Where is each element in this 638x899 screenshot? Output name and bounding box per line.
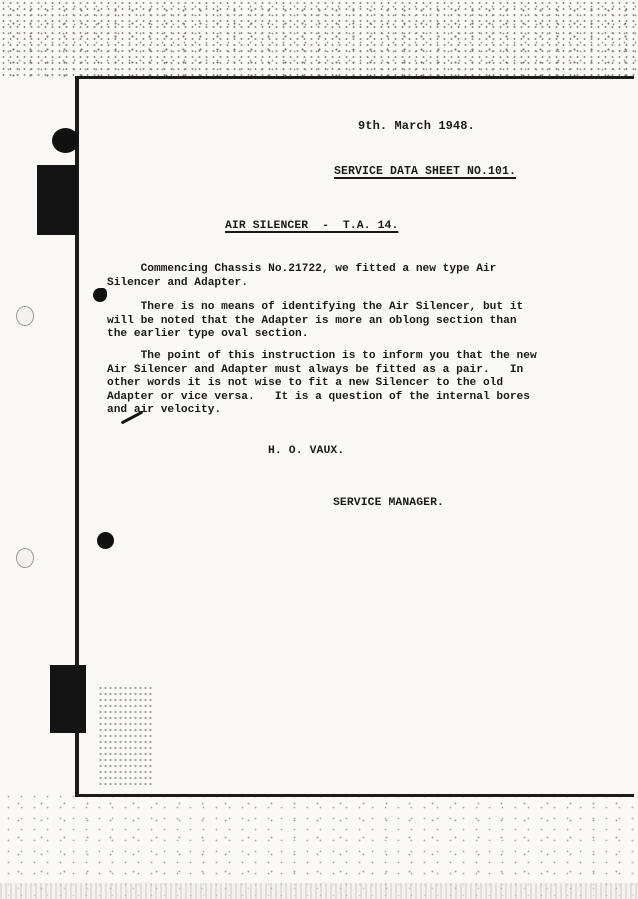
binder-tab-top xyxy=(37,165,78,235)
punch-hole-icon xyxy=(16,306,34,326)
paragraph-3: The point of this instruction is to info… xyxy=(107,350,547,418)
binder-mark-icon xyxy=(52,128,79,153)
service-data-sheet-number: SERVICE DATA SHEET NO.101. xyxy=(334,165,516,179)
ink-blot-icon xyxy=(93,288,107,302)
paragraph-line: Commencing Chassis No.21722, we fitted a… xyxy=(107,263,547,277)
scan-noise-top xyxy=(0,0,638,78)
page-border xyxy=(75,76,634,797)
paragraph-line: Adapter or vice versa. It is a question … xyxy=(107,391,547,405)
scan-edge-band xyxy=(0,883,638,899)
signature-name: H. O. VAUX. xyxy=(268,445,344,459)
paragraph-line: There is no means of identifying the Air… xyxy=(107,301,547,315)
signatory-title: SERVICE MANAGER. xyxy=(333,497,444,511)
paragraph-line: Silencer and Adapter. xyxy=(107,277,547,291)
paragraph-line: and air velocity. xyxy=(107,404,547,418)
paragraph-2: There is no means of identifying the Air… xyxy=(107,301,547,342)
paragraph-line: the earlier type oval section. xyxy=(107,328,547,342)
binder-tab-bottom xyxy=(50,665,86,733)
paragraph-line: will be noted that the Adapter is more a… xyxy=(107,315,547,329)
paragraph-1: Commencing Chassis No.21722, we fitted a… xyxy=(107,263,547,290)
document-date: 9th. March 1948. xyxy=(358,120,475,134)
scan-smudge xyxy=(98,685,153,785)
punch-hole-icon xyxy=(16,548,34,568)
paragraph-line: The point of this instruction is to info… xyxy=(107,350,547,364)
document-heading: AIR SILENCER - T.A. 14. xyxy=(225,220,398,234)
paragraph-line: other words it is not wise to fit a new … xyxy=(107,377,547,391)
ink-blot-icon xyxy=(97,532,114,549)
paragraph-line: Air Silencer and Adapter must always be … xyxy=(107,364,547,378)
